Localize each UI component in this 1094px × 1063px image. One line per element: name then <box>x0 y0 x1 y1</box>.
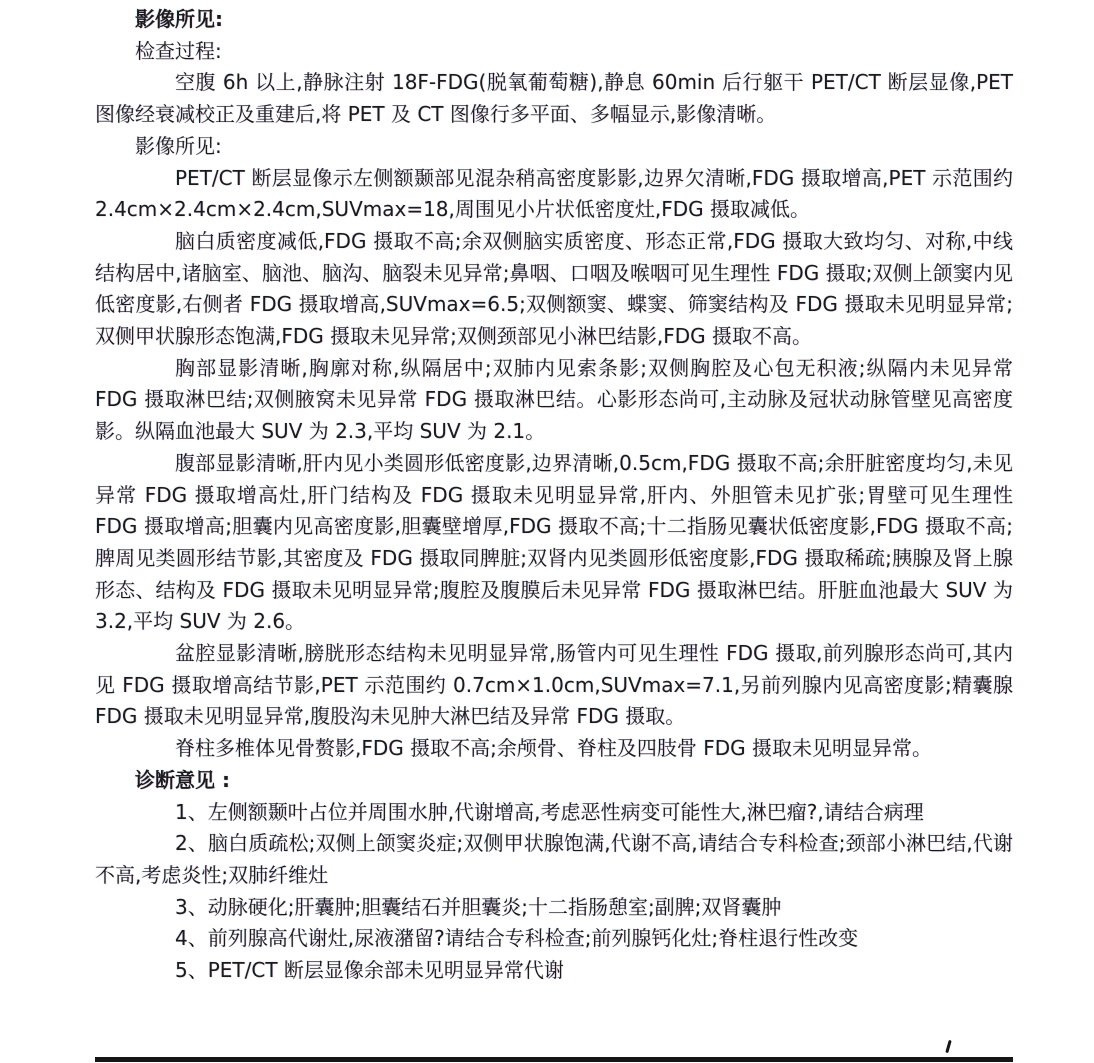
findings-label: 影像所见: <box>95 131 1013 163</box>
diagnosis-item-2: 2、脑白质疏松;双侧上颌窦炎症;双侧甲状腺饱满,代谢不高,请结合专科检查;颈部小… <box>95 828 1013 891</box>
finding-brain-lesion: PET/CT 断层显像示左侧额颞部见混杂稍高密度影影,边界欠清晰,FDG 摄取增… <box>95 163 1013 226</box>
diagnosis-item-1: 1、左侧额颞叶占位并周围水肿,代谢增高,考虑恶性病变可能性大,淋巴瘤?,请结合病… <box>95 797 1013 829</box>
finding-abdomen: 腹部显影清晰,肝内见小类圆形低密度影,边界清晰,0.5cm,FDG 摄取不高;余… <box>95 448 1013 638</box>
diagnosis-section-heading: 诊断意见 : <box>95 765 1013 797</box>
finding-pelvis: 盆腔显影清晰,膀胱形态结构未见明显异常,肠管内可见生理性 FDG 摄取,前列腺形… <box>95 638 1013 733</box>
bottom-divider-line <box>95 1057 1013 1062</box>
diagnosis-item-5: 5、PET/CT 断层显像余部未见明显异常代谢 <box>95 955 1013 987</box>
findings-section-heading: 影像所见: <box>95 4 1013 36</box>
finding-chest: 胸部显影清晰,胸廓对称,纵隔居中;双肺内见索条影;双侧胸腔及心包无积液;纵隔内未… <box>95 353 1013 448</box>
exam-process-paragraph: 空腹 6h 以上,静脉注射 18F-FDG(脱氧葡萄糖),静息 60min 后行… <box>95 67 1013 130</box>
exam-process-label: 检查过程: <box>95 36 1013 68</box>
finding-skeleton: 脊柱多椎体见骨赘影,FDG 摄取不高;余颅骨、脊柱及四肢骨 FDG 摄取未见明显… <box>95 733 1013 765</box>
petct-report-text-block: 影像所见: 检查过程: 空腹 6h 以上,静脉注射 18F-FDG(脱氧葡萄糖)… <box>95 4 1013 987</box>
diagnosis-item-4: 4、前列腺高代谢灶,尿液潴留?请结合专科检查;前列腺钙化灶;脊柱退行性改变 <box>95 923 1013 955</box>
medical-report-page: 影像所见: 检查过程: 空腹 6h 以上,静脉注射 18F-FDG(脱氧葡萄糖)… <box>0 0 1094 1063</box>
finding-head-neck: 脑白质密度减低,FDG 摄取不高;余双侧脑实质密度、形态正常,FDG 摄取大致均… <box>95 226 1013 353</box>
diagnosis-item-3: 3、动脉硬化;肝囊肿;胆囊结石并胆囊炎;十二指肠憩室;副脾;双肾囊肿 <box>95 892 1013 924</box>
stray-pen-mark <box>945 1040 951 1053</box>
